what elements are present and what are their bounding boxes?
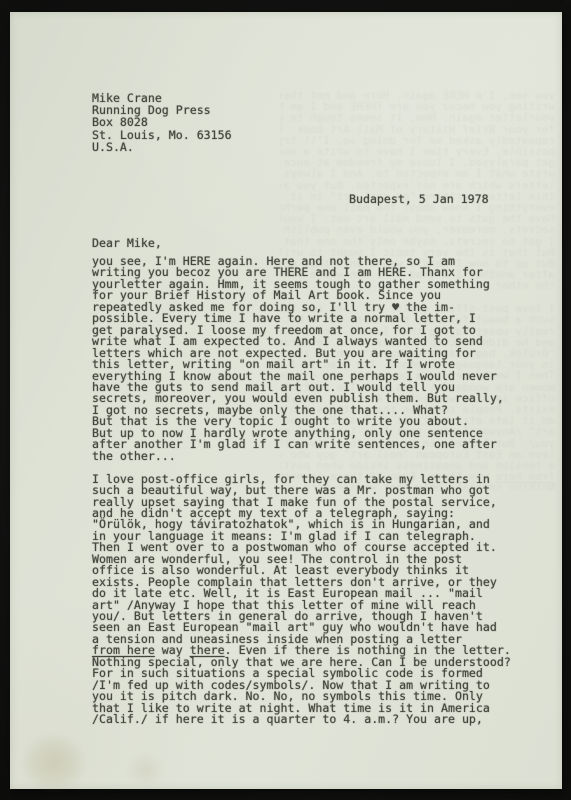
text-line: letters which are not expected. But you … xyxy=(280,180,555,191)
text-line: the other... xyxy=(92,451,511,462)
text-line: writing you becoz you are THERE and I am… xyxy=(280,101,555,112)
text-line: secrets, moreover, you would even publis… xyxy=(280,224,555,235)
text-line: write what I am expected to. And I alway… xyxy=(280,168,555,179)
salutation: Dear Mike, xyxy=(92,237,162,249)
paragraph: I love post-office girls, for they can t… xyxy=(92,474,511,726)
paper-stain xyxy=(22,734,86,792)
address-line: St. Louis, Mo. 63156 xyxy=(92,129,232,141)
text-line: have the guts to send mail art out. I wo… xyxy=(280,213,555,224)
letter-body: you see, I'm HERE again. Here and not th… xyxy=(92,256,511,726)
text-line: /Calif./ if here it is a quarter to 4. a… xyxy=(92,714,511,725)
text-line: for your Brief History of Mail Art book.… xyxy=(280,124,555,135)
text-line: get paralysed. I loose my freedom at onc… xyxy=(280,157,555,168)
text-line: you see, I'm HERE again. Here and not th… xyxy=(280,90,555,101)
text-line: yourletter again. Hmm, it seems tough to… xyxy=(280,112,555,123)
address-line: U.S.A. xyxy=(92,141,232,153)
photo-background: you see, I'm HERE again. Here and not th… xyxy=(0,0,571,800)
letter-paper: you see, I'm HERE again. Here and not th… xyxy=(10,12,562,789)
text-line: possible. Every time I have to write a n… xyxy=(280,146,555,157)
text-line: repeatedly asked me for doing so, I'll t… xyxy=(280,135,555,146)
recipient-address-block: Mike CraneRunning Dog PressBox 8028St. L… xyxy=(92,92,232,153)
address-line: Box 8028 xyxy=(92,116,232,128)
text-line: I got no secrets, maybe only the one tha… xyxy=(280,236,555,247)
paper-stain-small xyxy=(126,752,166,788)
dateline: Budapest, 5 Jan 1978 xyxy=(349,193,489,205)
paragraph: you see, I'm HERE again. Here and not th… xyxy=(92,256,511,462)
